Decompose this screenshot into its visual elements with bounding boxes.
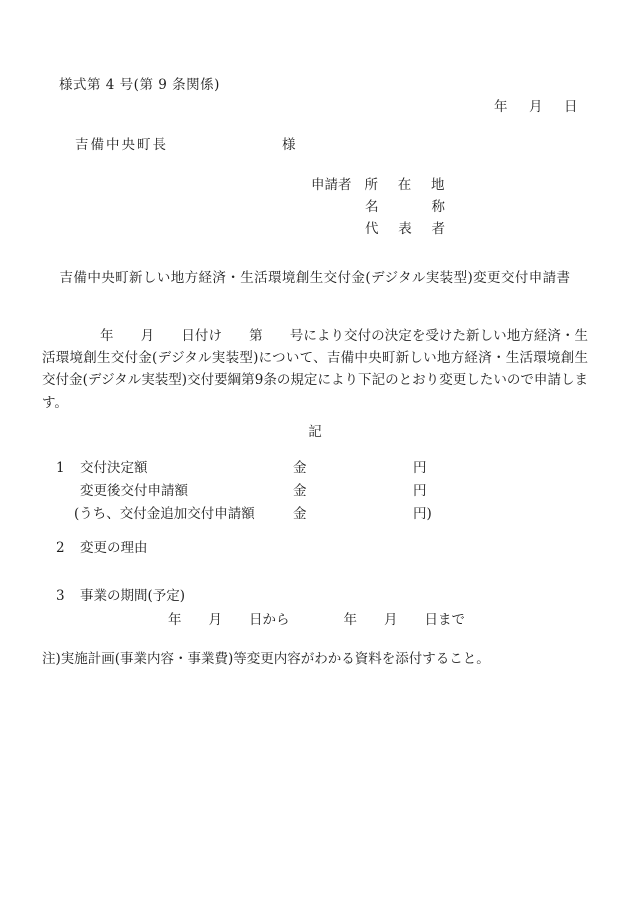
attachment-note: 注)実施計画(事業内容・事業費)等変更内容がわかる資料を添付すること。: [42, 653, 490, 667]
applicant-name-label: 名称: [365, 201, 445, 215]
grant-decided-currency-prefix: 金: [293, 462, 307, 476]
document-title: 吉備中央町新しい地方経済・生活環境創生交付金(デジタル実装型)変更交付申請書: [0, 272, 630, 286]
section3-number: 3: [56, 590, 65, 604]
grant-decided-label: 交付決定額: [80, 462, 148, 476]
project-period-date-range: 年 月 日から 年 月 日まで: [168, 614, 465, 628]
date-blank-line: 年 月 日: [494, 101, 582, 115]
applicant-name-row: 名称: [311, 201, 445, 223]
applicant-address-label: 所在地: [365, 179, 445, 193]
changed-application-currency-prefix: 金: [293, 485, 307, 499]
record-marker: 記: [0, 426, 630, 440]
change-reason-label: 変更の理由: [80, 542, 148, 556]
section1-number: 1: [56, 462, 65, 476]
form-number: 様式第 4 号(第 9 条関係): [59, 79, 220, 93]
additional-grant-label: (うち、交付金追加交付申請額: [74, 508, 255, 522]
applicant-address-row: 申請者所在地: [311, 179, 445, 201]
change-reason-section: 2 変更の理由: [0, 542, 630, 564]
applicant-label: 申請者: [311, 177, 352, 193]
addressee-honorific: 様: [282, 137, 296, 153]
applicant-representative-row: 代表者: [311, 223, 445, 245]
project-period-section: 3 事業の期間(予定): [0, 590, 630, 612]
grant-decided-currency-suffix: 円: [413, 462, 427, 476]
grant-decided-row: 1 交付決定額 金 円: [0, 462, 630, 484]
changed-application-label: 変更後交付申請額: [80, 485, 188, 499]
additional-grant-currency-prefix: 金: [293, 508, 307, 522]
project-period-label: 事業の期間(予定): [80, 590, 185, 604]
addressee-line: 吉備中央町長様: [75, 139, 296, 153]
application-form-page: 様式第 4 号(第 9 条関係) 年 月 日 吉備中央町長様 申請者所在地 名称…: [0, 0, 630, 903]
addressee-name: 吉備中央町長: [75, 137, 168, 153]
applicant-representative-label: 代表者: [365, 223, 445, 237]
changed-application-currency-suffix: 円: [413, 485, 427, 499]
body-paragraph: 年 月 日付け 第 号により交付の決定を受けた新しい地方経済・生活環境創生交付金…: [42, 325, 588, 414]
applicant-block: 申請者所在地 名称 代表者: [311, 179, 445, 245]
additional-grant-row: (うち、交付金追加交付申請額 金 円): [0, 508, 630, 530]
section2-number: 2: [56, 542, 65, 556]
changed-application-row: 変更後交付申請額 金 円: [0, 485, 630, 507]
additional-grant-currency-suffix: 円): [413, 508, 432, 522]
